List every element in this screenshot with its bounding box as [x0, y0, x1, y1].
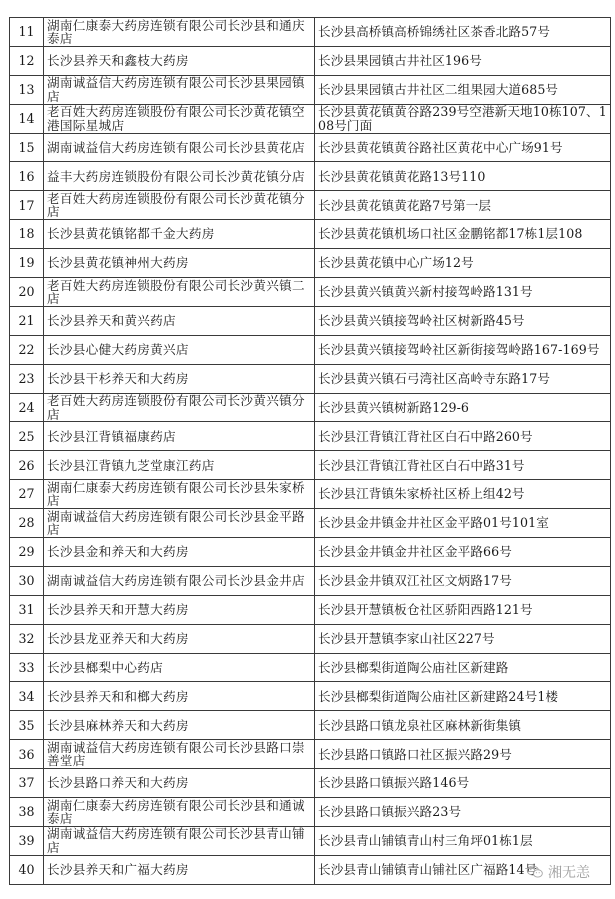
table-row: 19长沙县黄花镇神州大药房长沙县黄花镇中心广场12号: [10, 249, 611, 278]
pharmacy-name: 湖南仁康泰大药房连锁有限公司长沙县和通庆泰店: [44, 18, 315, 47]
pharmacy-name: 长沙县江背镇福康药店: [44, 422, 315, 451]
pharmacy-address: 长沙县路口镇振兴路146号: [315, 769, 611, 798]
row-number: 16: [10, 162, 44, 191]
table-row: 12长沙县养天和鑫枝大药房长沙县果园镇古井社区196号: [10, 46, 611, 75]
table-row: 30湖南诚益信大药房连锁有限公司长沙县金井店长沙县金井镇双江社区文炳路17号: [10, 566, 611, 595]
pharmacy-name: 湖南诚益信大药房连锁有限公司长沙县路口崇善堂店: [44, 740, 315, 769]
pharmacy-name: 湖南诚益信大药房连锁有限公司长沙县金平路店: [44, 509, 315, 538]
table-row: 22长沙县心健大药房黄兴店长沙县黄兴镇接驾岭社区新街接驾岭路167-169号: [10, 335, 611, 364]
table-row: 35长沙县麻林养天和大药房长沙县路口镇龙泉社区麻林新街集镇: [10, 711, 611, 740]
pharmacy-table: 11湖南仁康泰大药房连锁有限公司长沙县和通庆泰店长沙县高桥镇高桥锦绣社区茶香北路…: [9, 17, 611, 885]
table-row: 21长沙县养天和黄兴药店长沙县黄兴镇接驾岭社区树新路45号: [10, 306, 611, 335]
row-number: 30: [10, 566, 44, 595]
table-row: 15湖南诚益信大药房连锁有限公司长沙县黄花店长沙县黄花镇黄谷路社区黄花中心广场9…: [10, 133, 611, 162]
pharmacy-name: 长沙县心健大药房黄兴店: [44, 335, 315, 364]
row-number: 18: [10, 220, 44, 249]
row-number: 31: [10, 595, 44, 624]
row-number: 13: [10, 75, 44, 104]
row-number: 11: [10, 18, 44, 47]
pharmacy-address: 长沙县金井镇金井社区金平路66号: [315, 538, 611, 567]
pharmacy-address: 长沙县黄兴镇石弓湾社区高岭寺东路17号: [315, 364, 611, 393]
pharmacy-address: 长沙县路口镇振兴路23号: [315, 798, 611, 827]
row-number: 29: [10, 538, 44, 567]
table-row: 36湖南诚益信大药房连锁有限公司长沙县路口崇善堂店长沙县路口镇路口社区振兴路29…: [10, 740, 611, 769]
pharmacy-name: 长沙县江背镇九芝堂康江药店: [44, 451, 315, 480]
pharmacy-name: 湖南诚益信大药房连锁有限公司长沙县青山铺店: [44, 826, 315, 855]
row-number: 17: [10, 191, 44, 220]
pharmacy-table-body: 11湖南仁康泰大药房连锁有限公司长沙县和通庆泰店长沙县高桥镇高桥锦绣社区茶香北路…: [10, 18, 611, 885]
row-number: 38: [10, 798, 44, 827]
row-number: 21: [10, 306, 44, 335]
row-number: 20: [10, 278, 44, 307]
table-row: 23长沙县干杉养天和大药房长沙县黄兴镇石弓湾社区高岭寺东路17号: [10, 364, 611, 393]
row-number: 40: [10, 855, 44, 884]
pharmacy-name: 湖南仁康泰大药房连锁有限公司长沙县朱家桥店: [44, 480, 315, 509]
pharmacy-address: 长沙县黄花镇黄谷路社区黄花中心广场91号: [315, 133, 611, 162]
pharmacy-address: 长沙县果园镇古井社区196号: [315, 46, 611, 75]
row-number: 27: [10, 480, 44, 509]
pharmacy-address: 长沙县黄花镇中心广场12号: [315, 249, 611, 278]
pharmacy-name: 长沙县麻林养天和大药房: [44, 711, 315, 740]
pharmacy-address: 长沙县路口镇龙泉社区麻林新街集镇: [315, 711, 611, 740]
row-number: 15: [10, 133, 44, 162]
pharmacy-name: 长沙县金和养天和大药房: [44, 538, 315, 567]
pharmacy-address: 长沙县青山铺镇青山村三角坪01栋1层: [315, 826, 611, 855]
pharmacy-address: 长沙县黄兴镇树新路129-6: [315, 393, 611, 422]
pharmacy-name: 老百姓大药房连锁股份有限公司长沙黄兴镇分店: [44, 393, 315, 422]
row-number: 12: [10, 46, 44, 75]
table-row: 27湖南仁康泰大药房连锁有限公司长沙县朱家桥店长沙县江背镇朱家桥社区桥上组42号: [10, 480, 611, 509]
pharmacy-name: 湖南诚益信大药房连锁有限公司长沙县黄花店: [44, 133, 315, 162]
row-number: 39: [10, 826, 44, 855]
pharmacy-name: 益丰大药房连锁股份有限公司长沙黄花镇分店: [44, 162, 315, 191]
pharmacy-address: 长沙县黄花镇黄花路13号110: [315, 162, 611, 191]
row-number: 35: [10, 711, 44, 740]
table-row: 26长沙县江背镇九芝堂康江药店长沙县江背镇江背社区白石中路31号: [10, 451, 611, 480]
row-number: 36: [10, 740, 44, 769]
watermark: 湘无恙: [526, 862, 590, 882]
pharmacy-name: 长沙县养天和鑫枝大药房: [44, 46, 315, 75]
table-row: 11湖南仁康泰大药房连锁有限公司长沙县和通庆泰店长沙县高桥镇高桥锦绣社区茶香北路…: [10, 18, 611, 47]
row-number: 33: [10, 653, 44, 682]
pharmacy-address: 长沙县榔梨街道陶公庙社区新建路: [315, 653, 611, 682]
row-number: 32: [10, 624, 44, 653]
pharmacy-name: 老百姓大药房连锁股份有限公司长沙黄花镇空港国际星城店: [44, 104, 315, 133]
table-row: 13湖南诚益信大药房连锁有限公司长沙县果园镇店长沙县果园镇古井社区二组果园大道6…: [10, 75, 611, 104]
pharmacy-address: 长沙县黄花镇机场口社区金鹏铭都17栋1层108: [315, 220, 611, 249]
row-number: 37: [10, 769, 44, 798]
pharmacy-address: 长沙县黄花镇黄花路7号第一层: [315, 191, 611, 220]
pharmacy-address: 长沙县果园镇古井社区二组果园大道685号: [315, 75, 611, 104]
table-row: 18长沙县黄花镇铭都千金大药房长沙县黄花镇机场口社区金鹏铭都17栋1层108: [10, 220, 611, 249]
table-row: 32长沙县龙亚养天和大药房长沙县开慧镇李家山社区227号: [10, 624, 611, 653]
pharmacy-name: 长沙县黄花镇铭都千金大药房: [44, 220, 315, 249]
pharmacy-address: 长沙县黄兴镇接驾岭社区新街接驾岭路167-169号: [315, 335, 611, 364]
pharmacy-name: 长沙县龙亚养天和大药房: [44, 624, 315, 653]
pharmacy-address: 长沙县高桥镇高桥锦绣社区茶香北路57号: [315, 18, 611, 47]
pharmacy-address: 长沙县黄花镇黄谷路239号空港新天地10栋107、108号门面: [315, 104, 611, 133]
pharmacy-address: 长沙县开慧镇板仓社区骄阳西路121号: [315, 595, 611, 624]
row-number: 19: [10, 249, 44, 278]
pharmacy-name: 长沙县养天和和榔大药房: [44, 682, 315, 711]
row-number: 26: [10, 451, 44, 480]
table-row: 31长沙县养天和开慧大药房长沙县开慧镇板仓社区骄阳西路121号: [10, 595, 611, 624]
row-number: 25: [10, 422, 44, 451]
table-row: 39湖南诚益信大药房连锁有限公司长沙县青山铺店长沙县青山铺镇青山村三角坪01栋1…: [10, 826, 611, 855]
row-number: 22: [10, 335, 44, 364]
pharmacy-name: 长沙县养天和广福大药房: [44, 855, 315, 884]
pharmacy-name: 长沙县干杉养天和大药房: [44, 364, 315, 393]
table-row: 20老百姓大药房连锁股份有限公司长沙黄兴镇二店长沙县黄兴镇黄兴新村接驾岭路131…: [10, 278, 611, 307]
row-number: 24: [10, 393, 44, 422]
pharmacy-name: 老百姓大药房连锁股份有限公司长沙黄兴镇二店: [44, 278, 315, 307]
row-number: 23: [10, 364, 44, 393]
table-row: 25长沙县江背镇福康药店长沙县江背镇江背社区白石中路260号: [10, 422, 611, 451]
table-row: 40长沙县养天和广福大药房长沙县青山铺镇青山铺社区广福路14号: [10, 855, 611, 884]
pharmacy-name: 长沙县榔梨中心药店: [44, 653, 315, 682]
pharmacy-name: 长沙县养天和开慧大药房: [44, 595, 315, 624]
table-row: 28湖南诚益信大药房连锁有限公司长沙县金平路店长沙县金井镇金井社区金平路01号1…: [10, 509, 611, 538]
pharmacy-address: 长沙县江背镇江背社区白石中路31号: [315, 451, 611, 480]
table-row: 34长沙县养天和和榔大药房长沙县榔梨街道陶公庙社区新建路24号1楼: [10, 682, 611, 711]
table-row: 38湖南仁康泰大药房连锁有限公司长沙县和通诚泰店长沙县路口镇振兴路23号: [10, 798, 611, 827]
pharmacy-name: 湖南诚益信大药房连锁有限公司长沙县金井店: [44, 566, 315, 595]
pharmacy-name: 长沙县黄花镇神州大药房: [44, 249, 315, 278]
pharmacy-name: 湖南仁康泰大药房连锁有限公司长沙县和通诚泰店: [44, 798, 315, 827]
wechat-icon: [526, 865, 544, 879]
row-number: 14: [10, 104, 44, 133]
table-row: 29长沙县金和养天和大药房长沙县金井镇金井社区金平路66号: [10, 538, 611, 567]
pharmacy-address: 长沙县黄兴镇接驾岭社区树新路45号: [315, 306, 611, 335]
pharmacy-address: 长沙县江背镇江背社区白石中路260号: [315, 422, 611, 451]
pharmacy-address: 长沙县路口镇路口社区振兴路29号: [315, 740, 611, 769]
pharmacy-name: 老百姓大药房连锁股份有限公司长沙黄花镇分店: [44, 191, 315, 220]
row-number: 34: [10, 682, 44, 711]
row-number: 28: [10, 509, 44, 538]
pharmacy-name: 长沙县养天和黄兴药店: [44, 306, 315, 335]
pharmacy-address: 长沙县黄兴镇黄兴新村接驾岭路131号: [315, 278, 611, 307]
pharmacy-name: 湖南诚益信大药房连锁有限公司长沙县果园镇店: [44, 75, 315, 104]
pharmacy-address: 长沙县开慧镇李家山社区227号: [315, 624, 611, 653]
table-row: 33长沙县榔梨中心药店长沙县榔梨街道陶公庙社区新建路: [10, 653, 611, 682]
table-row: 16益丰大药房连锁股份有限公司长沙黄花镇分店长沙县黄花镇黄花路13号110: [10, 162, 611, 191]
table-row: 37长沙县路口养天和大药房长沙县路口镇振兴路146号: [10, 769, 611, 798]
table-row: 14老百姓大药房连锁股份有限公司长沙黄花镇空港国际星城店长沙县黄花镇黄谷路239…: [10, 104, 611, 133]
table-row: 24老百姓大药房连锁股份有限公司长沙黄兴镇分店长沙县黄兴镇树新路129-6: [10, 393, 611, 422]
watermark-text: 湘无恙: [548, 862, 590, 882]
table-row: 17老百姓大药房连锁股份有限公司长沙黄花镇分店长沙县黄花镇黄花路7号第一层: [10, 191, 611, 220]
pharmacy-address: 长沙县榔梨街道陶公庙社区新建路24号1楼: [315, 682, 611, 711]
pharmacy-address: 长沙县金井镇双江社区文炳路17号: [315, 566, 611, 595]
pharmacy-name: 长沙县路口养天和大药房: [44, 769, 315, 798]
pharmacy-address: 长沙县金井镇金井社区金平路01号101室: [315, 509, 611, 538]
pharmacy-address: 长沙县江背镇朱家桥社区桥上组42号: [315, 480, 611, 509]
